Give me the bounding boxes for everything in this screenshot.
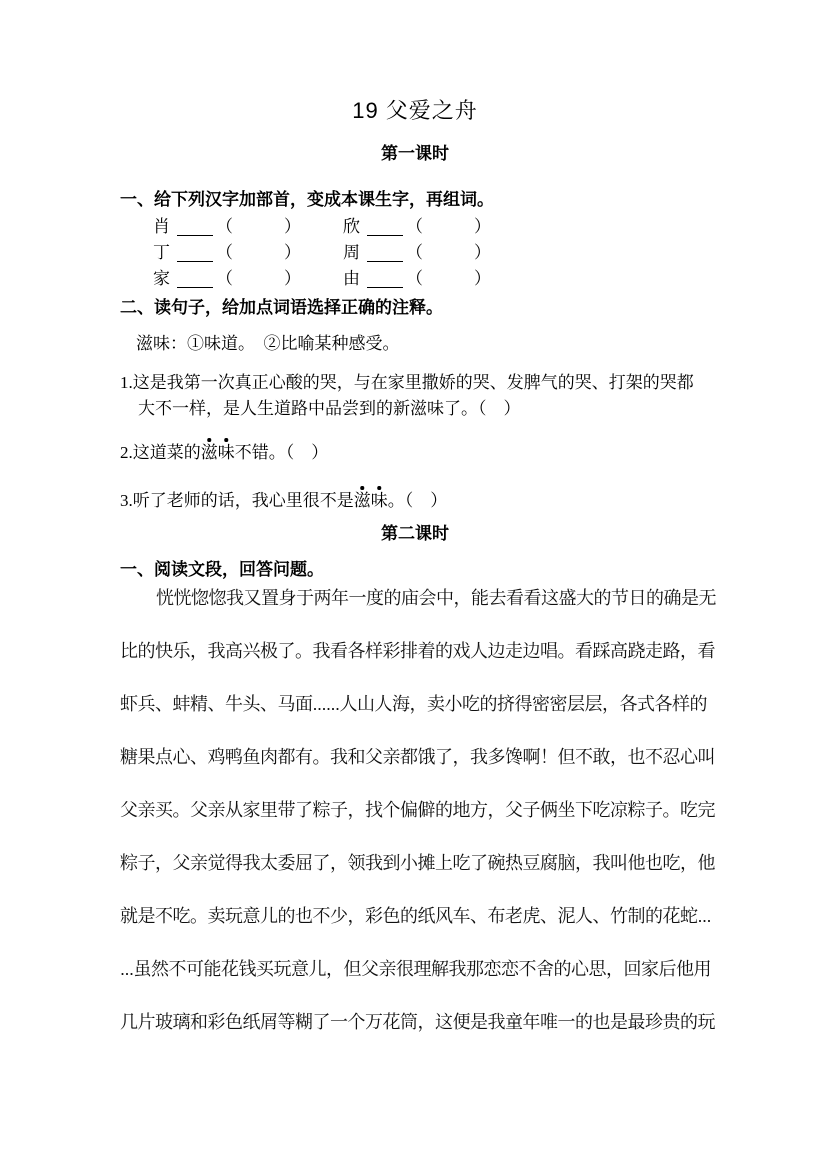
answer-blank	[177, 272, 213, 288]
sentence-2: 2.这道菜的滋味不错。（ ）	[120, 440, 710, 466]
part1-question1-label: 一、给下列汉字加部首，变成本课生字，再组词。	[120, 188, 710, 212]
word-parentheses: （ ）	[406, 214, 491, 240]
word-parentheses: （ ）	[216, 214, 301, 240]
sentence-3-prefix: 3.听了老师的话，我心里很不是	[120, 491, 354, 510]
sentence-3-suffix: 。（ ）	[388, 491, 448, 510]
definition-note: 滋味：①味道。 ②比喻某种感受。	[120, 332, 710, 356]
sentence-1-line-2: 大不一样，是人生道路中品尝到的新滋味了。（ ）	[120, 396, 710, 422]
sentence-2-suffix: 不错。（ ）	[235, 443, 329, 462]
worksheet-page: 19 父爱之舟 第一课时 一、给下列汉字加部首，变成本课生字，再组词。 肖 （ …	[0, 0, 826, 1169]
sentence-3: 3.听了老师的话，我心里很不是滋味。（ ）	[120, 488, 710, 514]
passage-line: 粽子，父亲觉得我太委屈了，领我到小摊上吃了碗热豆腐脑，我叫他也吃，他	[120, 837, 710, 890]
radical-item: 家 （ ）	[153, 266, 343, 292]
part1-question2-label: 二、读句子，给加点词语选择正确的注释。	[120, 296, 710, 320]
part1-heading: 第一课时	[120, 142, 710, 166]
answer-blank	[367, 220, 403, 236]
word-parentheses: （ ）	[216, 240, 301, 266]
passage-line: 父亲买。父亲从家里带了粽子，找个偏僻的地方，父子俩坐下吃凉粽子。吃完	[120, 784, 710, 837]
answer-blank	[177, 246, 213, 262]
base-character: 肖	[153, 214, 170, 240]
passage-line: 虾兵、蚌精、牛头、马面......人山人海，卖小吃的挤得密密层层，各式各样的	[120, 678, 710, 731]
base-character: 由	[343, 266, 360, 292]
radical-row-1: 肖 （ ） 欣 （ ）	[153, 214, 710, 240]
sentence-1-line-1: 1.这是我第一次真正心酸的哭，与在家里撒娇的哭、发脾气的哭、打架的哭都	[120, 370, 710, 396]
emphasized-word: 滋味	[201, 443, 235, 462]
radical-item: 由 （ ）	[343, 266, 491, 292]
passage-line: 糖果点心、鸡鸭鱼肉都有。我和父亲都饿了，我多馋啊！但不敢，也不忍心叫	[120, 731, 710, 784]
word-parentheses: （ ）	[406, 266, 491, 292]
radical-row-2: 丁 （ ） 周 （ ）	[153, 240, 710, 266]
base-character: 家	[153, 266, 170, 292]
radical-exercise-rows: 肖 （ ） 欣 （ ） 丁 （ ） 周 （ ）	[120, 214, 710, 292]
answer-blank	[177, 220, 213, 236]
word-parentheses: （ ）	[216, 266, 301, 292]
passage-line: 几片玻璃和彩色纸屑等糊了一个万花筒，这便是我童年唯一的也是最珍贵的玩	[120, 996, 710, 1049]
part2-heading: 第二课时	[120, 522, 710, 546]
reading-passage: 恍恍惚惚我又置身于两年一度的庙会中，能去看看这盛大的节日的确是无 比的快乐，我高…	[120, 572, 710, 1049]
emphasized-word: 滋味	[354, 491, 388, 510]
passage-line: ...虽然不可能花钱买玩意儿，但父亲很理解我那恋恋不舍的心思，回家后他用	[120, 943, 710, 996]
base-character: 周	[343, 240, 360, 266]
word-parentheses: （ ）	[406, 240, 491, 266]
radical-item: 欣 （ ）	[343, 214, 491, 240]
answer-blank	[367, 272, 403, 288]
radical-item: 丁 （ ）	[153, 240, 343, 266]
passage-line: 就是不吃。卖玩意儿的也不少，彩色的纸风车、布老虎、泥人、竹制的花蛇...	[120, 890, 710, 943]
lesson-title: 19 父爱之舟	[120, 96, 710, 126]
sentence-2-prefix: 2.这道菜的	[120, 443, 201, 462]
radical-item: 周 （ ）	[343, 240, 491, 266]
base-character: 丁	[153, 240, 170, 266]
answer-blank	[367, 246, 403, 262]
base-character: 欣	[343, 214, 360, 240]
radical-item: 肖 （ ）	[153, 214, 343, 240]
sentence-1: 1.这是我第一次真正心酸的哭，与在家里撒娇的哭、发脾气的哭、打架的哭都 大不一样…	[120, 370, 710, 422]
radical-row-3: 家 （ ） 由 （ ）	[153, 266, 710, 292]
passage-line: 比的快乐，我高兴极了。我看各样彩排着的戏人边走边唱。看踩高跷走路，看	[120, 625, 710, 678]
passage-line: 恍恍惚惚我又置身于两年一度的庙会中，能去看看这盛大的节日的确是无	[120, 572, 710, 625]
